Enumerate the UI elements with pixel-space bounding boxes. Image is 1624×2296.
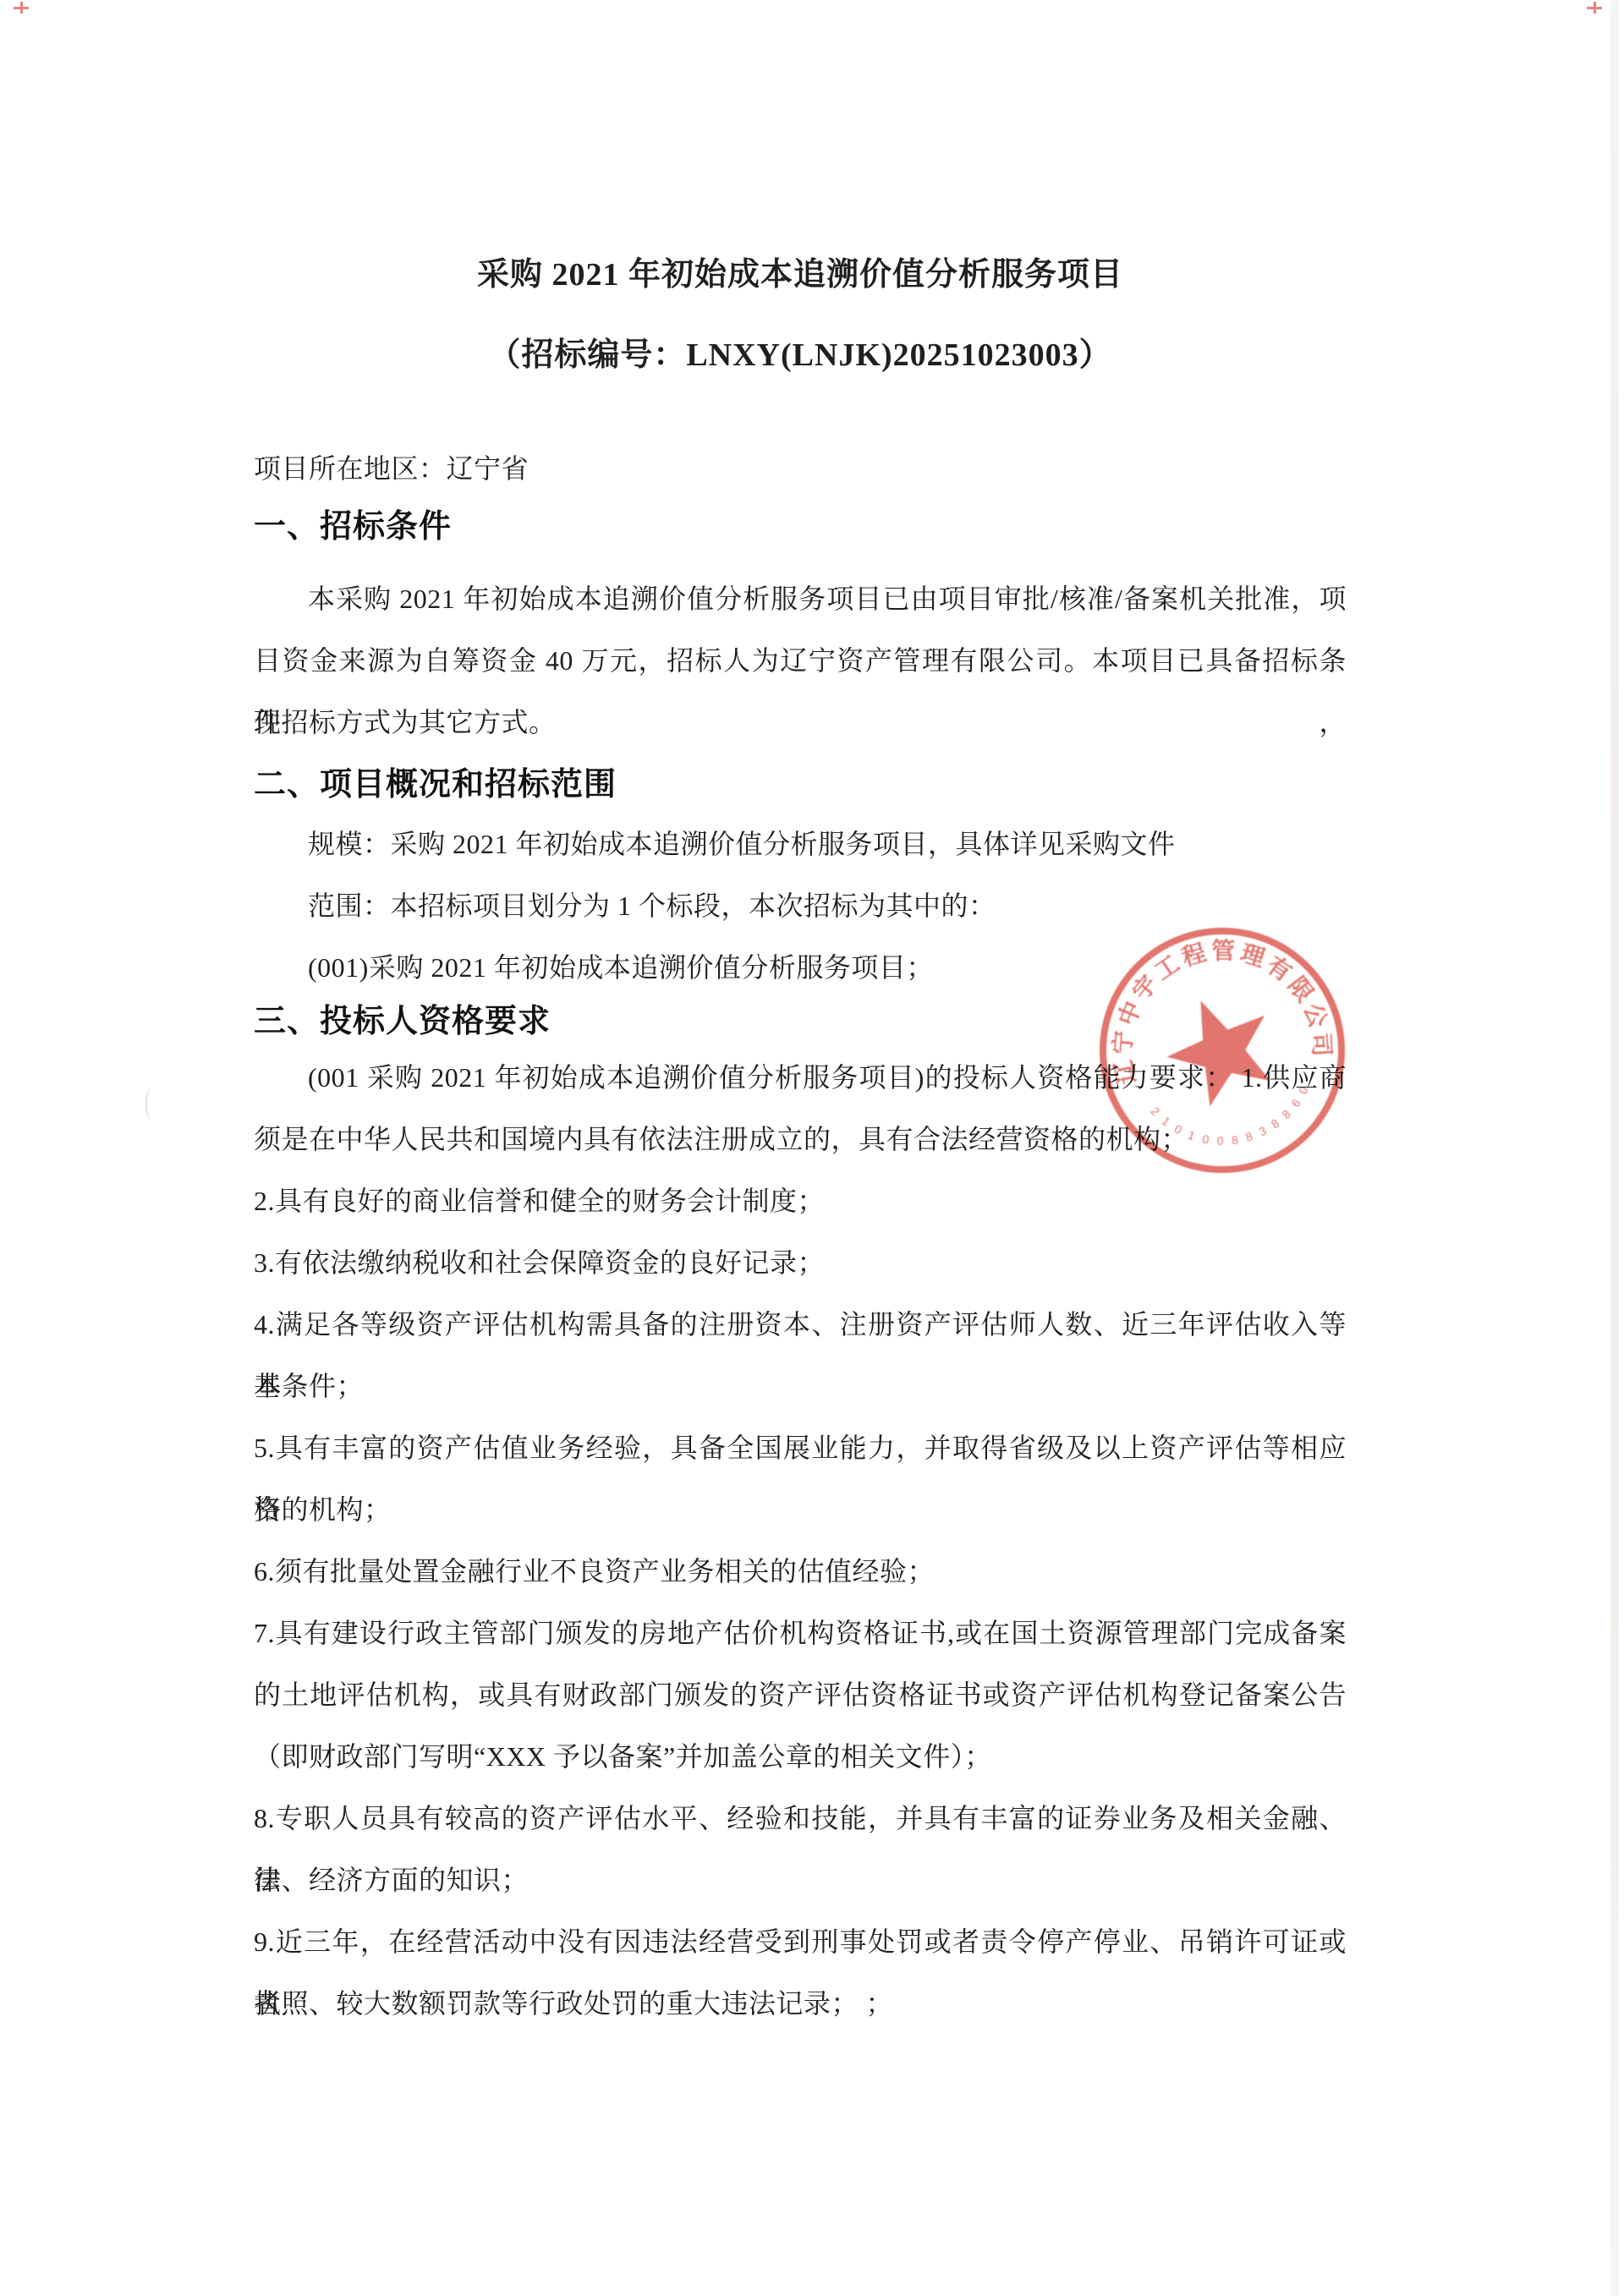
tender-number: （招标编号：LNXY(LNJK)20251023003） (254, 321, 1347, 389)
requirement-line: 7.具有建设行政主管部门颁发的房地产估价机构资格证书,或在国土资源管理部门完成备… (254, 1603, 1347, 1664)
section1-paragraph: 本采购 2021 年初始成本追溯价值分析服务项目已由项目审批/核准/备案机关批准… (254, 568, 1347, 753)
company-seal-stamp: 辽宁中宇工程管理有限公司 2101008838860 (1079, 907, 1366, 1194)
mark-stroke (20, 2, 23, 14)
requirement-line: 9.近三年，在经营活动中没有因违法经营受到刑事处罚或者责令停产停业、吊销许可证或… (254, 1911, 1347, 1973)
section3-body: (001 采购 2021 年初始成本追溯价值分析服务项目)的投标人资格能力要求：… (254, 1047, 1347, 2035)
scanned-tender-document-page: 采购 2021 年初始成本追溯价值分析服务项目 （招标编号：LNXY(LNJK)… (0, 0, 1624, 2296)
document-title: 采购 2021 年初始成本追溯价值分析服务项目 (254, 241, 1347, 309)
requirement-line: 5.具有丰富的资产估值业务经验，具备全国展业能力，并取得省级及以上资产评估等相应… (254, 1417, 1347, 1479)
scan-smudge (145, 1088, 157, 1120)
requirement-line: 的土地评估机构，或具有财政部门颁发的资产评估资格证书或资产评估机构登记备案公告 (254, 1664, 1347, 1726)
requirement-line: 4.满足各等级资产评估机构需具备的注册资本、注册资产评估师人数、近三年评估收入等… (254, 1294, 1347, 1356)
requirement-line: 3.有依法缴纳税收和社会保障资金的良好记录； (254, 1232, 1347, 1294)
project-location-line: 项目所在地区：辽宁省 (254, 438, 1347, 500)
star-icon (1160, 992, 1276, 1111)
registration-mark-top-left-icon (14, 2, 30, 15)
requirement-line: 格的机构； (254, 1479, 1347, 1541)
requirement-line: 执照、较大数额罚款等行政处罚的重大违法记录； ； (254, 1973, 1347, 2035)
paragraph-line: 目资金来源为自筹资金 40 万元，招标人为辽宁资产管理有限公司。本项目已具备招标… (254, 630, 1347, 692)
requirement-line: 本条件； (254, 1356, 1347, 1417)
section1-heading: 一、招标条件 (254, 493, 1347, 561)
requirement-line: （即财政部门写明“XXX 予以备案”并加盖公章的相关文件）； (254, 1726, 1347, 1788)
section2-heading: 二、项目概况和招标范围 (254, 751, 1347, 819)
mark-stroke (1594, 2, 1596, 14)
requirement-line: 6.须有批量处置金融行业不良资产业务相关的估值经验； (254, 1541, 1347, 1603)
scan-edge-artifact (1610, 0, 1619, 2296)
paragraph-line: 本采购 2021 年初始成本追溯价值分析服务项目已由项目审批/核准/备案机关批准… (254, 568, 1347, 630)
title-block: 采购 2021 年初始成本追溯价值分析服务项目 (254, 241, 1347, 309)
title-block-2: （招标编号：LNXY(LNJK)20251023003） (254, 321, 1347, 389)
requirement-line: 律、经济方面的知识； (254, 1849, 1347, 1911)
registration-mark-top-right-icon (1587, 2, 1604, 15)
scale-line: 规模：采购 2021 年初始成本追溯价值分析服务项目，具体详见采购文件 (254, 814, 1347, 875)
seal-svg: 辽宁中宇工程管理有限公司 2101008838860 (1079, 907, 1366, 1194)
location-block: 项目所在地区：辽宁省 (254, 438, 1347, 500)
requirement-line: 8.专职人员具有较高的资产评估水平、经验和技能，并具有丰富的证券业务及相关金融、… (254, 1788, 1347, 1849)
